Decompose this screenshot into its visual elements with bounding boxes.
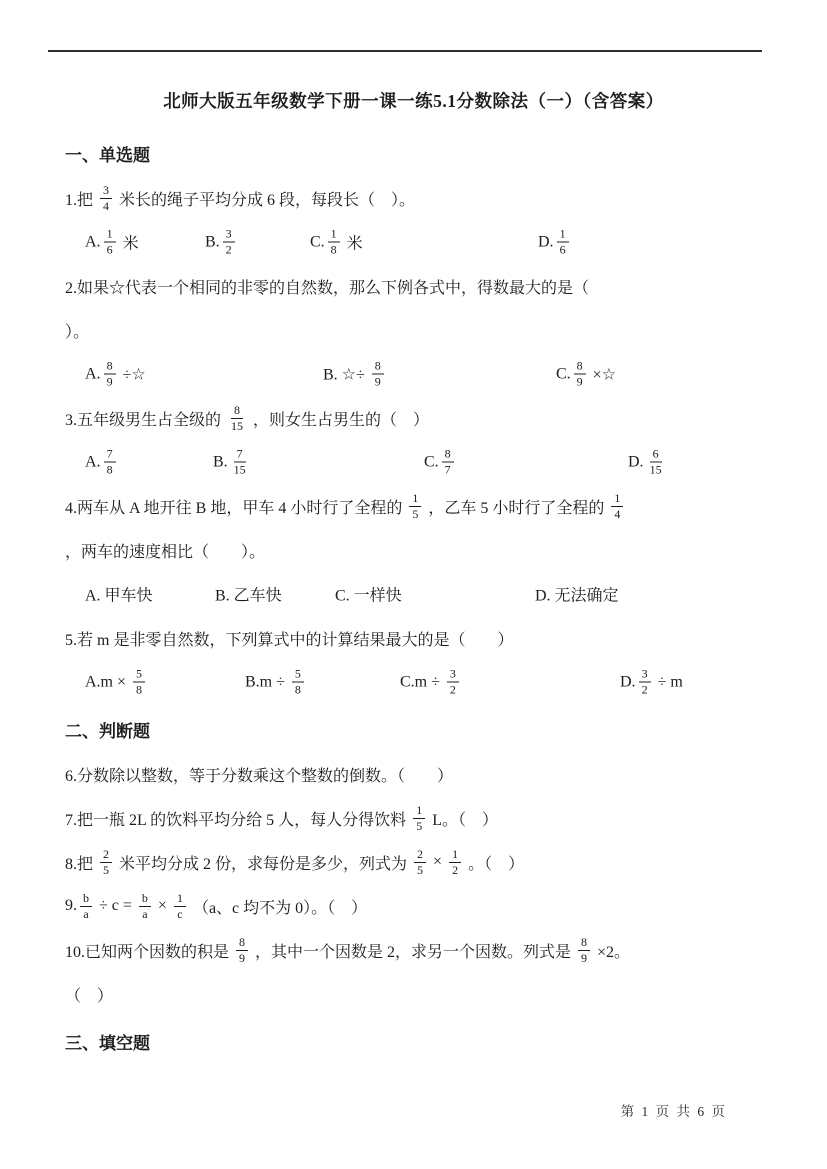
fraction: ba: [139, 891, 151, 922]
option-item: A.89 ÷☆: [85, 359, 146, 390]
fraction-denominator: 4: [611, 507, 623, 522]
fraction-numerator: 3: [223, 227, 235, 243]
fraction: 32: [223, 227, 235, 258]
options-row: A.78B.715C.87D.615: [65, 440, 762, 484]
fraction-denominator: 6: [557, 243, 569, 258]
question-line: 2.如果☆代表一个相同的非零的自然数，那么下例各式中，得数最大的是（: [65, 264, 762, 308]
options-row: A.m × 58B.m ÷ 58C.m ÷ 32D.32 ÷ m: [65, 660, 762, 704]
fraction-numerator: 1: [413, 803, 425, 819]
option-item: D.615: [628, 447, 668, 478]
fraction: 58: [292, 667, 304, 698]
fraction-denominator: 15: [647, 463, 665, 478]
fraction: 12: [449, 847, 461, 878]
fraction-numerator: 1: [104, 227, 116, 243]
question-line: 10.已知两个因数的积是 89 ，其中一个因数是 2，求另一个因数。列式是 89…: [65, 928, 762, 972]
text-run: A.: [85, 453, 101, 471]
fraction-numerator: 1: [611, 491, 623, 507]
option-item: B.715: [213, 447, 252, 478]
fraction: 89: [104, 359, 116, 390]
text-run: ×: [154, 897, 171, 915]
fraction-numerator: 3: [447, 667, 459, 683]
fraction-denominator: 2: [639, 683, 651, 698]
option-item: B.32: [205, 227, 238, 258]
option-item: C.18 米: [310, 227, 363, 258]
fraction-numerator: 8: [442, 447, 454, 463]
text-run: ，则女生占男生的（ ）: [249, 407, 429, 430]
option-item: A.78: [85, 447, 119, 478]
fraction-denominator: a: [80, 907, 91, 922]
fraction-denominator: 15: [231, 463, 249, 478]
fraction-numerator: 5: [292, 667, 304, 683]
question-line: 8.把 25 米平均分成 2 份，求每份是多少，列式为 25 × 12 。（ ）: [65, 840, 762, 884]
fraction-numerator: 3: [100, 183, 112, 199]
option-item: D. 无法确定: [535, 583, 619, 606]
fraction-numerator: 7: [104, 447, 116, 463]
text-run: C.: [424, 453, 439, 471]
question-line: 4.两车从 A 地开往 B 地，甲车 4 小时行了全程的 15 ，乙车 5 小时…: [65, 484, 762, 528]
option-item: C.89 ×☆: [556, 359, 616, 390]
fraction: 32: [447, 667, 459, 698]
fraction: 32: [639, 667, 651, 698]
text-run: C. 一样快: [335, 583, 402, 606]
option-item: D.16: [538, 227, 572, 258]
fraction-denominator: c: [174, 907, 185, 922]
fraction: 34: [100, 183, 112, 214]
fraction: 715: [231, 447, 249, 478]
text-run: ，乙车 5 小时行了全程的: [424, 495, 608, 518]
text-run: ÷ c =: [95, 897, 136, 915]
text-run: L。（ ）: [428, 807, 498, 830]
fraction-numerator: 1: [174, 891, 186, 907]
question-line: 9.ba ÷ c = ba × 1c （a、c 均不为 0）。（ ）: [65, 884, 762, 928]
header-rule: [48, 50, 762, 52]
fraction-denominator: 5: [414, 863, 426, 878]
option-item: B. 乙车快: [215, 583, 282, 606]
option-item: C. 一样快: [335, 583, 402, 606]
text-run: ，两车的速度相比（ ）。: [65, 539, 265, 562]
text-run: A. 甲车快: [85, 583, 153, 606]
text-run: D.: [538, 233, 554, 251]
fraction-numerator: 8: [231, 403, 243, 419]
fraction: 25: [100, 847, 112, 878]
text-run: C.: [310, 233, 325, 251]
text-run: B.m ÷: [245, 673, 289, 691]
question-line: ）。: [65, 308, 762, 352]
fraction-denominator: 9: [104, 375, 116, 390]
fraction: 16: [557, 227, 569, 258]
fraction: 78: [104, 447, 116, 478]
option-item: A.m × 58: [85, 667, 148, 698]
fraction: 87: [442, 447, 454, 478]
text-run: A.: [85, 365, 101, 383]
fraction-denominator: 9: [236, 951, 248, 966]
fraction: 815: [228, 403, 246, 434]
text-run: A.: [85, 233, 101, 251]
question-line: 3.五年级男生占全级的 815 ，则女生占男生的（ ）: [65, 396, 762, 440]
fraction: 16: [104, 227, 116, 258]
fraction-denominator: 8: [292, 683, 304, 698]
fraction: 89: [236, 935, 248, 966]
option-item: B.m ÷ 58: [245, 667, 307, 698]
text-run: C.: [556, 365, 571, 383]
text-run: 1.把: [65, 187, 97, 210]
fraction-denominator: 2: [447, 683, 459, 698]
fraction: 615: [647, 447, 665, 478]
fraction-denominator: 6: [104, 243, 116, 258]
fraction: 89: [578, 935, 590, 966]
page-number: 第 1 页 共 6 页: [621, 1100, 727, 1120]
fraction-numerator: 1: [409, 491, 421, 507]
fraction-numerator: 8: [236, 935, 248, 951]
fraction-denominator: 8: [328, 243, 340, 258]
question-line: 5.若 m 是非零自然数，下列算式中的计算结果最大的是（ ）: [65, 616, 762, 660]
option-item: C.87: [424, 447, 457, 478]
fraction-numerator: b: [139, 891, 151, 907]
fraction-numerator: 5: [133, 667, 145, 683]
fraction-denominator: 15: [228, 419, 246, 434]
text-run: D.: [620, 673, 636, 691]
text-run: B. 乙车快: [215, 583, 282, 606]
fraction-numerator: 8: [578, 935, 590, 951]
fraction-numerator: 1: [328, 227, 340, 243]
question-line: ，两车的速度相比（ ）。: [65, 528, 762, 572]
question-line: 1.把 34 米长的绳子平均分成 6 段，每段长（ ）。: [65, 176, 762, 220]
text-run: 米长的绳子平均分成 6 段，每段长（ ）。: [115, 187, 415, 210]
text-run: 米平均分成 2 份，求每份是多少，列式为: [115, 851, 411, 874]
text-run: ，其中一个因数是 2，求另一个因数。列式是: [251, 939, 575, 962]
text-run: ÷☆: [119, 364, 146, 384]
text-run: 6.分数除以整数，等于分数乘这个整数的倒数。（ ）: [65, 763, 453, 786]
text-run: ）。: [65, 319, 89, 342]
fraction-denominator: 8: [104, 463, 116, 478]
text-run: 10.已知两个因数的积是: [65, 939, 233, 962]
text-run: A.m ×: [85, 673, 130, 691]
options-row: A. 甲车快B. 乙车快C. 一样快D. 无法确定: [65, 572, 762, 616]
text-run: B.: [213, 453, 228, 471]
text-run: ÷ m: [654, 673, 683, 691]
question-line: 7.把一瓶 2L 的饮料平均分给 5 人，每人分得饮料 15 L。（ ）: [65, 796, 762, 840]
fraction-denominator: 5: [413, 819, 425, 834]
text-run: （a、c 均不为 0）。（ ）: [189, 895, 367, 918]
options-row: A.89 ÷☆B. ☆÷ 89C.89 ×☆: [65, 352, 762, 396]
option-item: D.32 ÷ m: [620, 667, 683, 698]
fraction-numerator: 3: [639, 667, 651, 683]
text-run: D.: [628, 453, 644, 471]
document-page: 北师大版五年级数学下册一课一练5.1分数除法（一）（含答案） 一、单选题1.把 …: [0, 0, 827, 1169]
text-run: ×: [429, 853, 446, 871]
fraction: 1c: [174, 891, 186, 922]
fraction-denominator: 8: [133, 683, 145, 698]
text-run: 米: [119, 231, 139, 254]
text-run: D. 无法确定: [535, 583, 619, 606]
question-line: 6.分数除以整数，等于分数乘这个整数的倒数。（ ）: [65, 752, 762, 796]
text-run: 。（ ）: [464, 851, 524, 874]
section-heading: 三、填空题: [65, 1018, 762, 1064]
fraction-denominator: 2: [449, 863, 461, 878]
fraction: ba: [80, 891, 92, 922]
fraction: 15: [409, 491, 421, 522]
fraction-numerator: 8: [372, 359, 384, 375]
text-run: 4.两车从 A 地开往 B 地，甲车 4 小时行了全程的: [65, 495, 406, 518]
text-run: B. ☆÷: [323, 364, 369, 384]
fraction-numerator: 8: [574, 359, 586, 375]
document-body: 一、单选题1.把 34 米长的绳子平均分成 6 段，每段长（ ）。A.16 米B…: [65, 130, 762, 1064]
fraction-denominator: 5: [100, 863, 112, 878]
fraction-denominator: 9: [578, 951, 590, 966]
fraction: 15: [413, 803, 425, 834]
fraction: 58: [133, 667, 145, 698]
fraction: 14: [611, 491, 623, 522]
text-run: 3.五年级男生占全级的: [65, 407, 225, 430]
option-item: A.16 米: [85, 227, 139, 258]
text-run: 米: [343, 231, 363, 254]
text-run: ×☆: [589, 364, 616, 384]
text-run: 9.: [65, 897, 77, 915]
option-item: B. ☆÷ 89: [323, 359, 387, 390]
options-row: A.16 米B.32C.18 米D.16: [65, 220, 762, 264]
fraction: 89: [372, 359, 384, 390]
text-run: 7.把一瓶 2L 的饮料平均分给 5 人，每人分得饮料: [65, 807, 410, 830]
fraction: 18: [328, 227, 340, 258]
question-line: （ ）: [65, 972, 762, 1016]
text-run: 8.把: [65, 851, 97, 874]
fraction: 89: [574, 359, 586, 390]
option-item: C.m ÷ 32: [400, 667, 462, 698]
fraction: 25: [414, 847, 426, 878]
section-heading: 二、判断题: [65, 706, 762, 752]
fraction-numerator: 1: [557, 227, 569, 243]
section-heading: 一、单选题: [65, 130, 762, 176]
fraction-numerator: 7: [234, 447, 246, 463]
option-item: A. 甲车快: [85, 583, 153, 606]
fraction-numerator: 2: [100, 847, 112, 863]
fraction-denominator: 7: [442, 463, 454, 478]
fraction-denominator: 9: [574, 375, 586, 390]
text-run: ×2。: [593, 939, 630, 962]
fraction-denominator: a: [139, 907, 150, 922]
fraction-denominator: 2: [223, 243, 235, 258]
fraction-denominator: 4: [100, 199, 112, 214]
fraction-denominator: 9: [372, 375, 384, 390]
fraction-numerator: 6: [650, 447, 662, 463]
text-run: 2.如果☆代表一个相同的非零的自然数，那么下例各式中，得数最大的是（: [65, 275, 589, 298]
fraction-numerator: 2: [414, 847, 426, 863]
page-title: 北师大版五年级数学下册一课一练5.1分数除法（一）（含答案）: [65, 88, 762, 114]
text-run: （ ）: [65, 983, 113, 1006]
fraction-numerator: b: [80, 891, 92, 907]
fraction-numerator: 8: [104, 359, 116, 375]
text-run: 5.若 m 是非零自然数，下列算式中的计算结果最大的是（ ）: [65, 627, 513, 650]
text-run: C.m ÷: [400, 673, 444, 691]
fraction-denominator: 5: [409, 507, 421, 522]
text-run: B.: [205, 233, 220, 251]
fraction-numerator: 1: [449, 847, 461, 863]
